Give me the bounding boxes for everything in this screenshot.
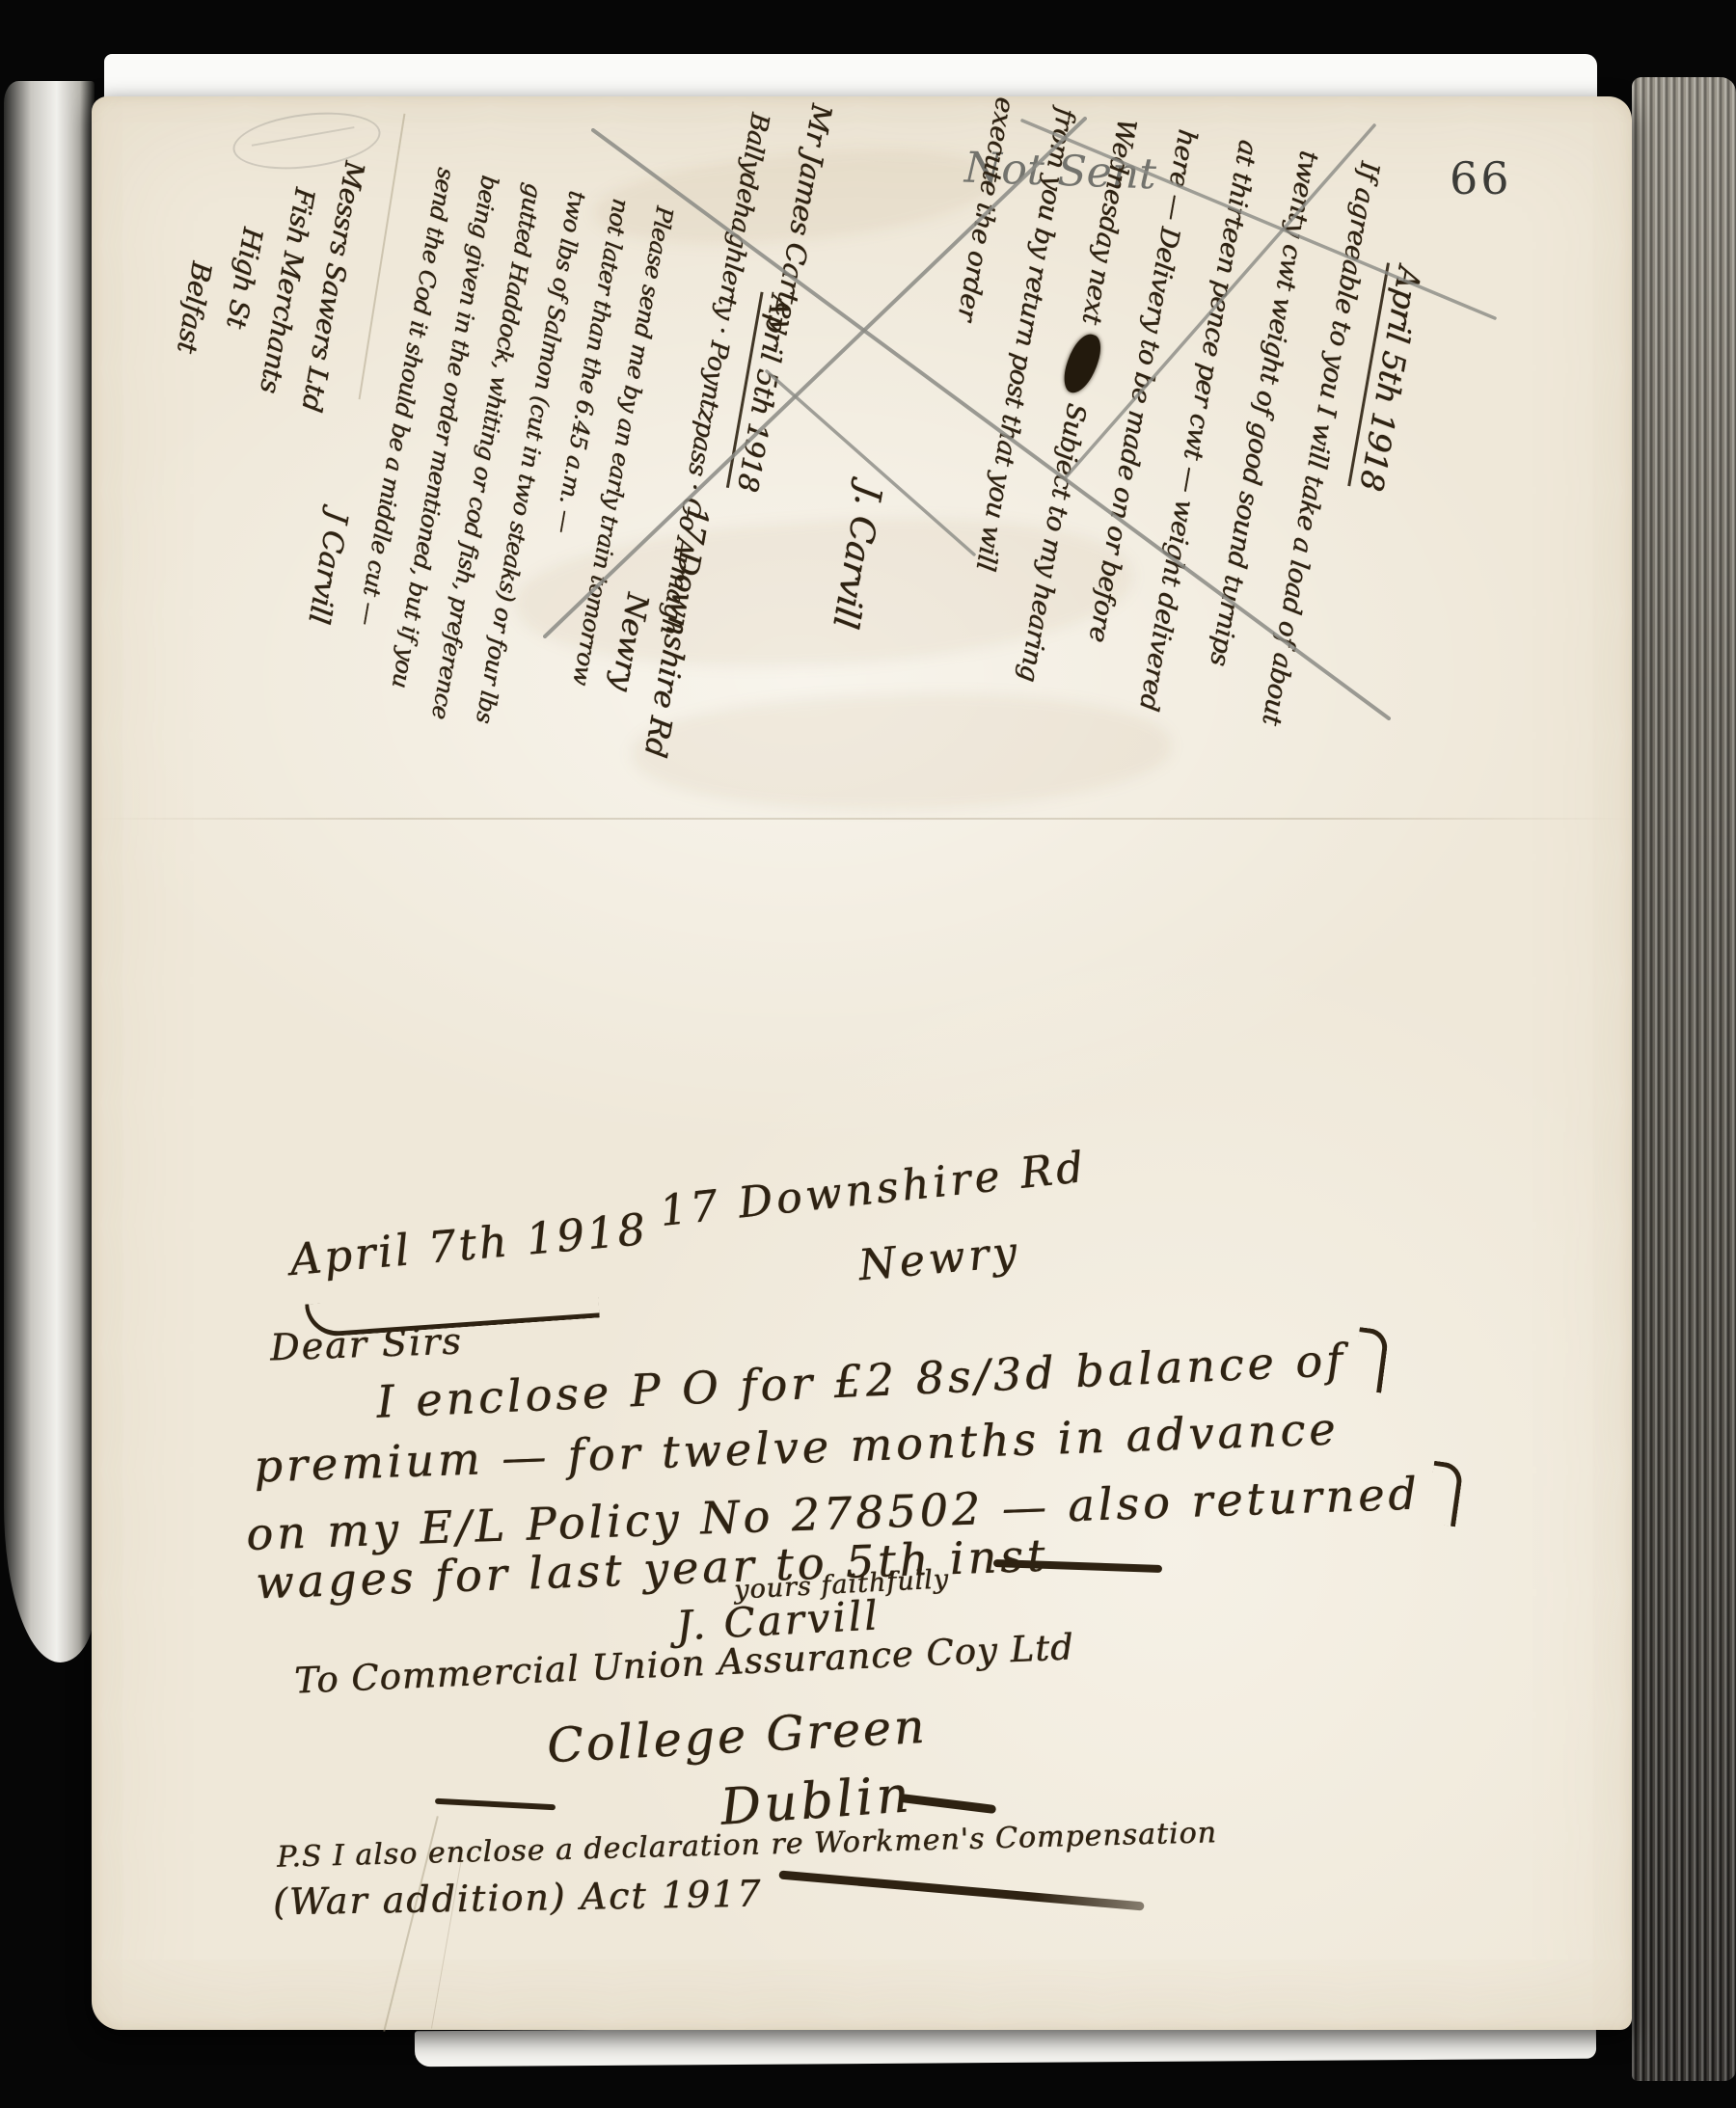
crossout-strokes: [92, 96, 1632, 2030]
book-fore-edge: [1632, 77, 1736, 2081]
photo-backdrop: 66 Not Sent April 5th 1918 If agreeable …: [0, 0, 1736, 2108]
letterbook-page: 66 Not Sent April 5th 1918 If agreeable …: [92, 96, 1632, 2030]
left-page-edge: [4, 81, 95, 1662]
